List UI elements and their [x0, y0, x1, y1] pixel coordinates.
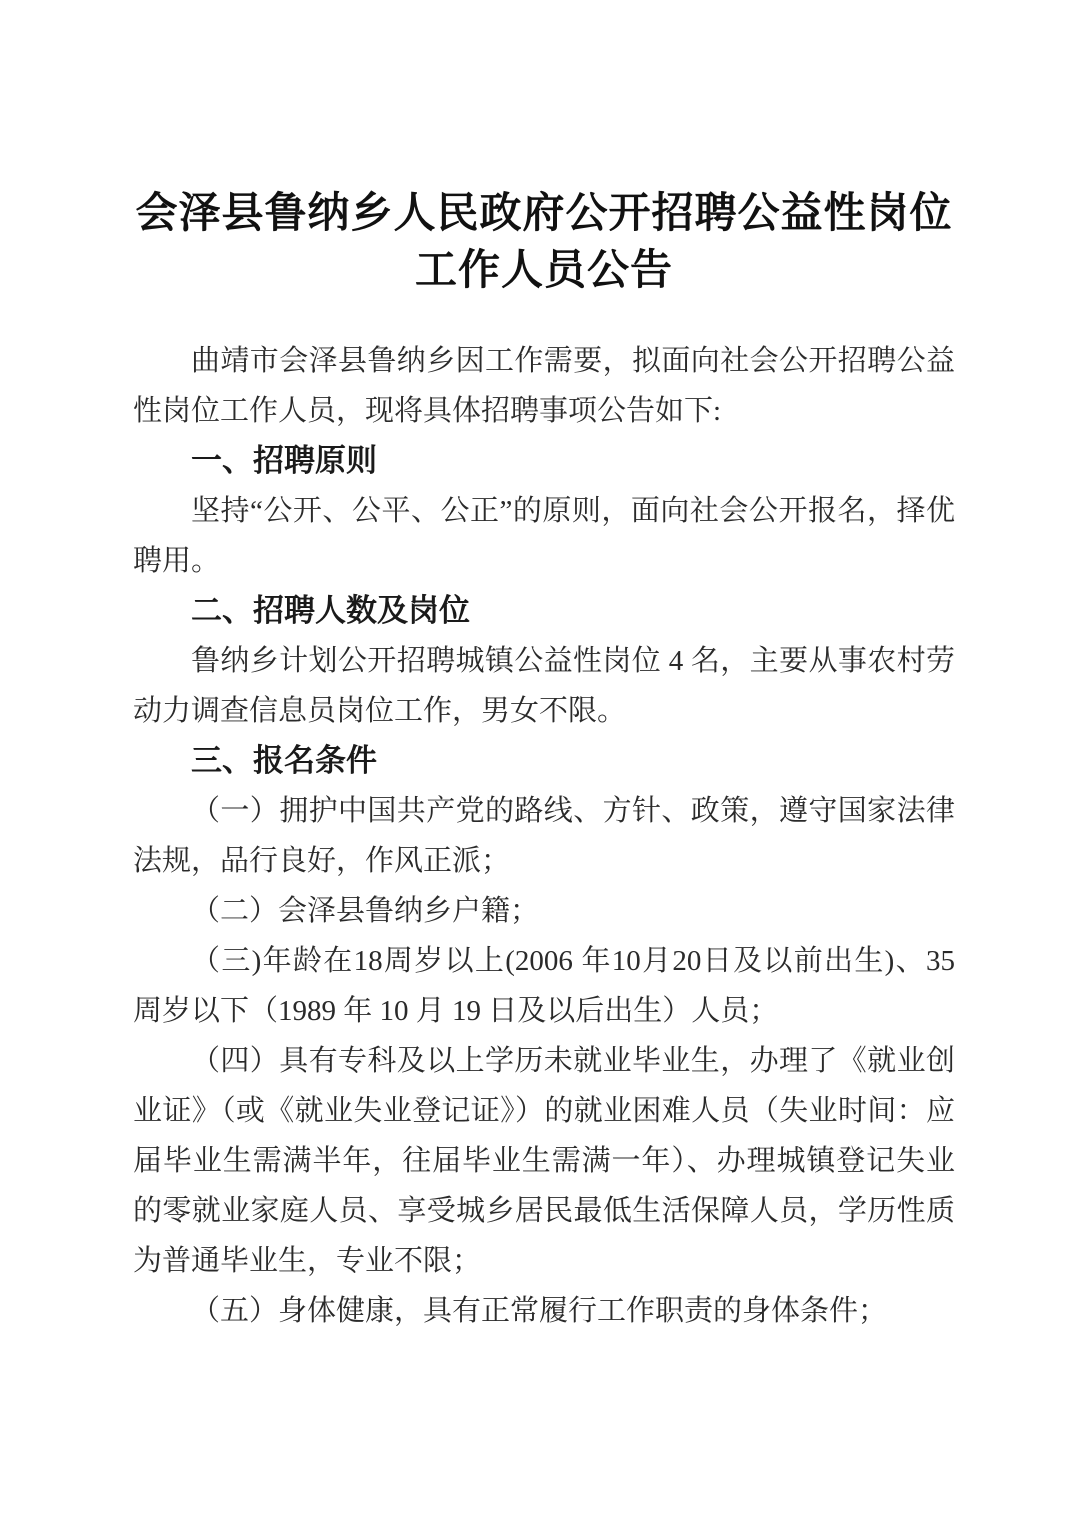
- condition-item-1: （一）拥护中国共产党的路线、方针、政策，遵守国家法律法规，品行良好，作风正派；: [133, 786, 955, 886]
- condition-item-3: （三)年龄在18周岁以上(2006 年10月20日及以前出生)、35 周岁以下（…: [133, 936, 955, 1036]
- section-1-heading: 一、招聘原则: [133, 436, 955, 486]
- document-page: 会泽县鲁纳乡人民政府公开招聘公益性岗位工作人员公告 曲靖市会泽县鲁纳乡因工作需要…: [0, 0, 1080, 1527]
- intro-paragraph: 曲靖市会泽县鲁纳乡因工作需要，拟面向社会公开招聘公益性岗位工作人员，现将具体招聘…: [133, 336, 955, 436]
- condition-item-5: （五）身体健康，具有正常履行工作职责的身体条件；: [133, 1286, 955, 1336]
- condition-item-4: （四）具有专科及以上学历未就业毕业生，办理了《就业创业证》（或《就业失业登记证》…: [133, 1036, 955, 1286]
- section-3-heading: 三、报名条件: [133, 736, 955, 786]
- section-2-heading: 二、招聘人数及岗位: [133, 586, 955, 636]
- section-1-paragraph: 坚持“公开、公平、公正”的原则，面向社会公开报名，择优聘用。: [133, 486, 955, 586]
- document-body: 曲靖市会泽县鲁纳乡因工作需要，拟面向社会公开招聘公益性岗位工作人员，现将具体招聘…: [133, 336, 955, 1336]
- section-2-paragraph: 鲁纳乡计划公开招聘城镇公益性岗位 4 名，主要从事农村劳动力调查信息员岗位工作，…: [133, 636, 955, 736]
- document-title: 会泽县鲁纳乡人民政府公开招聘公益性岗位工作人员公告: [133, 186, 955, 300]
- condition-item-2: （二）会泽县鲁纳乡户籍；: [133, 886, 955, 936]
